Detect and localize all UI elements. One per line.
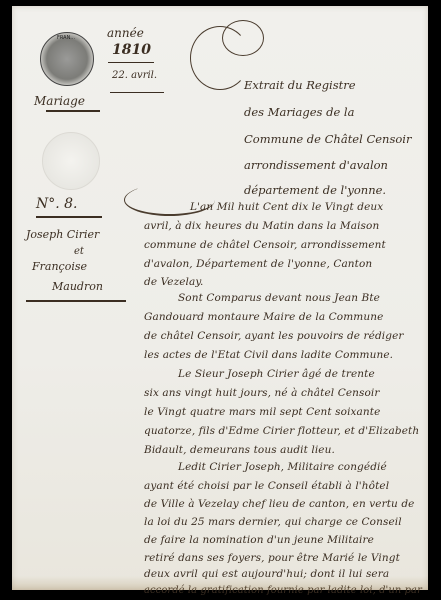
header-line-4: arrondissement d'avalon	[244, 158, 388, 172]
body-line-19: de faire la nomination d'un jeune Milita…	[144, 534, 374, 546]
body-line-4: d'avalon, Département de l'yonne, Canton	[144, 258, 372, 270]
body-line-8: de châtel Censoir, ayant les pouvoirs de…	[144, 330, 404, 342]
date-underline	[110, 92, 164, 93]
header-flourish-loop-icon	[222, 20, 264, 56]
body-line-2: avril, à dix heures du Matin dans la Mai…	[144, 220, 379, 232]
body-line-1: L'an Mil huit Cent dix le Vingt deux	[190, 201, 383, 213]
body-line-5: de Vezelay.	[144, 276, 203, 288]
body-line-12: le Vingt quatre mars mil sept Cent soixa…	[144, 406, 380, 418]
document-page: FRAN... année 1810 22. avril. Mariage N°…	[12, 6, 428, 590]
bride-first-name: Françoise	[32, 260, 87, 273]
body-line-14: Bidault, demeurans tous audit lieu.	[144, 444, 335, 456]
body-line-10: Le Sieur Joseph Cirier âgé de trente	[178, 368, 375, 380]
entry-number-underline	[36, 216, 102, 218]
year-label: année	[107, 26, 144, 40]
conjunction: et	[74, 246, 84, 257]
header-line-2: des Mariages de la	[244, 105, 354, 119]
body-line-18: la loi du 25 mars dernier, qui charge ce…	[144, 516, 402, 528]
body-line-13: quatorze, fils d'Edme Cirier flotteur, e…	[144, 425, 419, 437]
category-label: Mariage	[34, 94, 85, 108]
body-line-9: les actes de l'Etat Civil dans ladite Co…	[144, 349, 393, 361]
names-underline	[26, 300, 126, 302]
header-line-5: département de l'yonne.	[244, 183, 386, 197]
bride-last-name: Maudron	[52, 280, 103, 293]
category-underline	[46, 110, 100, 112]
body-line-20: retiré dans ses foyers, pour être Marié …	[144, 552, 400, 564]
tax-stamp-icon: FRAN...	[40, 32, 94, 86]
year: 1810	[112, 42, 151, 58]
body-line-22: accordé la gratification fournie par lad…	[144, 584, 422, 596]
entry-number: N°. 8.	[36, 196, 78, 212]
body-line-16: ayant été choisi par le Conseil établi à…	[144, 480, 389, 492]
stamp-text: FRAN...	[57, 35, 75, 41]
groom-name: Joseph Cirier	[26, 228, 99, 241]
body-line-21: deux avril qui est aujourd'hui; dont il …	[144, 568, 389, 580]
body-line-7: Gandouard montaure Maire de la Commune	[144, 311, 383, 323]
year-underline	[108, 62, 154, 63]
entry-date: 22. avril.	[112, 70, 157, 81]
body-line-11: six ans vingt huit jours, né à châtel Ce…	[144, 387, 380, 399]
body-line-17: de Ville à Vezelay chef lieu de canton, …	[144, 498, 414, 510]
body-line-6: Sont Comparus devant nous Jean Bte	[178, 292, 380, 304]
body-line-3: commune de châtel Censoir, arrondissemen…	[144, 239, 386, 251]
embossed-seal-icon	[42, 132, 100, 190]
header-line-1: Extrait du Registre	[244, 78, 356, 92]
header-line-3: Commune de Châtel Censoir	[244, 132, 411, 146]
body-line-15: Ledit Cirier Joseph, Militaire congédié	[178, 461, 387, 473]
